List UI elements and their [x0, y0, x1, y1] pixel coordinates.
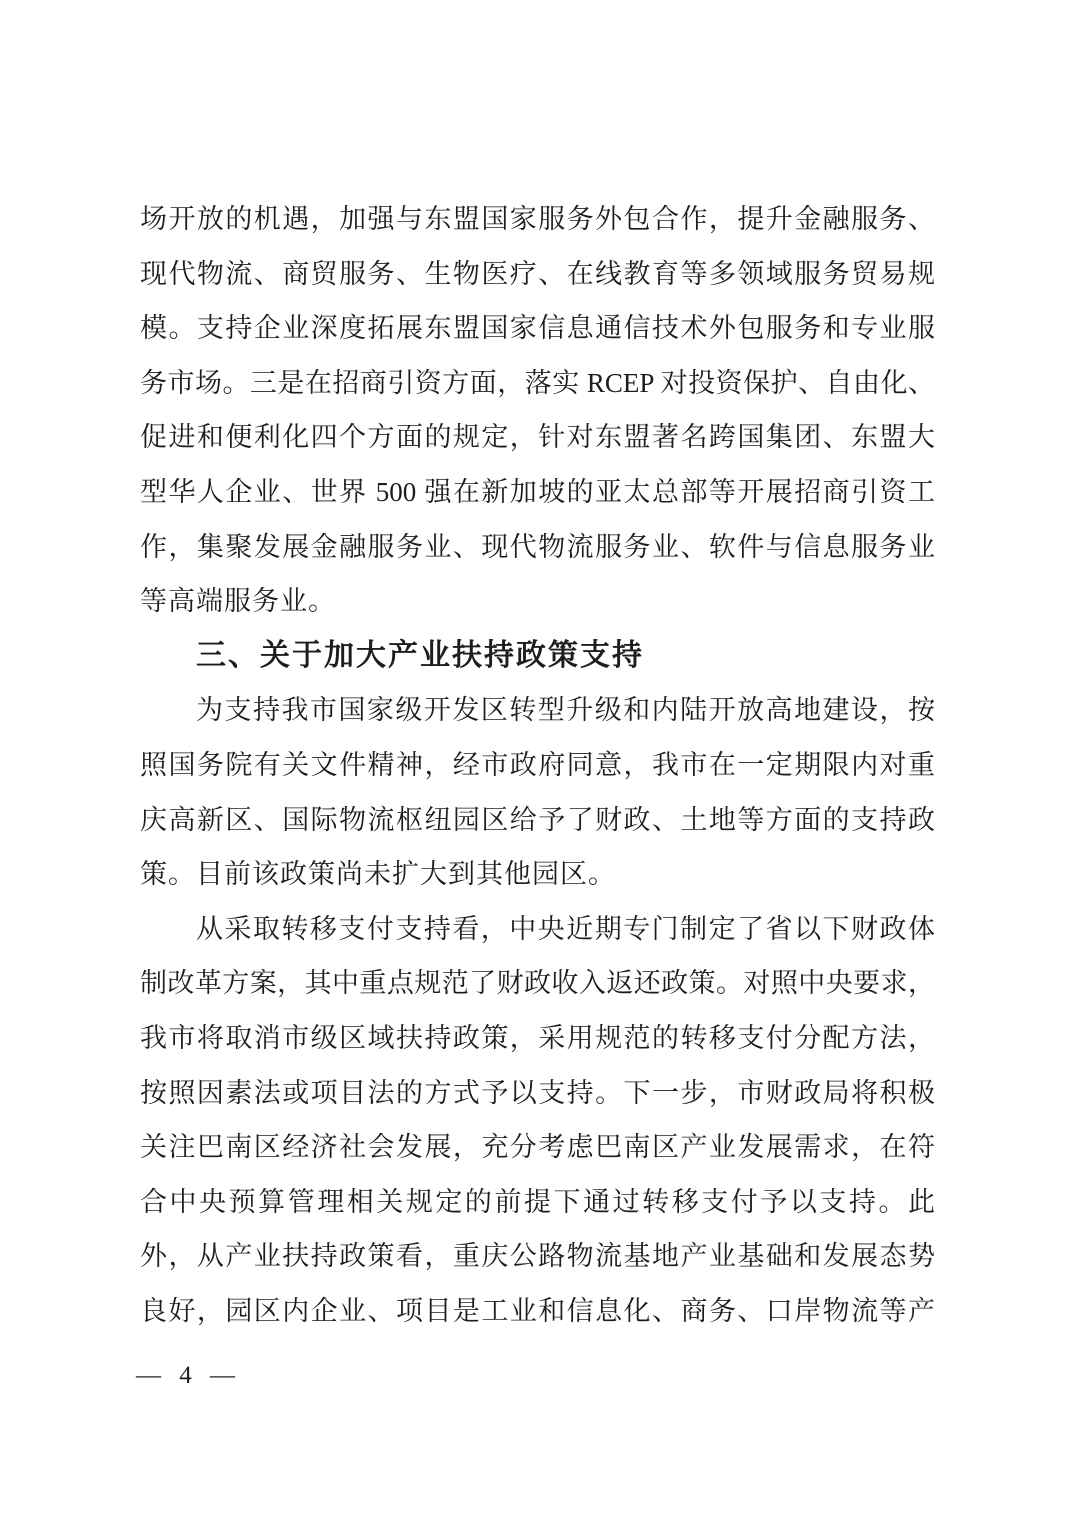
text-line: 作，集聚发展金融服务业、现代物流服务业、软件与信息服务业 — [140, 520, 935, 575]
text-line: 合中央预算管理相关规定的前提下通过转移支付予以支持。此 — [140, 1175, 935, 1230]
text-line: 促进和便利化四个方面的规定，针对东盟著名跨国集团、东盟大 — [140, 410, 935, 465]
text-line: 关注巴南区经济社会发展，充分考虑巴南区产业发展需求，在符 — [140, 1120, 935, 1175]
text-line: 策。目前该政策尚未扩大到其他园区。 — [140, 847, 935, 902]
text-line: 按照因素法或项目法的方式予以支持。下一步，市财政局将积极 — [140, 1066, 935, 1121]
text-line: 务市场。三是在招商引资方面，落实 RCEP 对投资保护、自由化、 — [140, 356, 935, 411]
text-line: 场开放的机遇，加强与东盟国家服务外包合作，提升金融服务、 — [140, 192, 935, 247]
text-line: 等高端服务业。 — [140, 574, 935, 629]
document-lines: 场开放的机遇，加强与东盟国家服务外包合作，提升金融服务、现代物流、商贸服务、生物… — [140, 192, 935, 1338]
document-page: 场开放的机遇，加强与东盟国家服务外包合作，提升金融服务、现代物流、商贸服务、生物… — [0, 0, 1074, 1520]
text-line: 模。支持企业深度拓展东盟国家信息通信技术外包服务和专业服 — [140, 301, 935, 356]
page-number: — 4 — — [136, 1362, 241, 1389]
text-line: 型华人企业、世界 500 强在新加坡的亚太总部等开展招商引资工 — [140, 465, 935, 520]
text-line: 良好，园区内企业、项目是工业和信息化、商务、口岸物流等产 — [140, 1284, 935, 1339]
section-heading: 三、关于加大产业扶持政策支持 — [140, 629, 935, 684]
text-line: 制改革方案，其中重点规范了财政收入返还政策。对照中央要求， — [140, 956, 935, 1011]
text-line: 现代物流、商贸服务、生物医疗、在线教育等多领域服务贸易规 — [140, 247, 935, 302]
text-line: 庆高新区、国际物流枢纽园区给予了财政、土地等方面的支持政 — [140, 793, 935, 848]
text-line: 我市将取消市级区域扶持政策，采用规范的转移支付分配方法， — [140, 1011, 935, 1066]
text-line: 从采取转移支付支持看，中央近期专门制定了省以下财政体 — [140, 902, 935, 957]
text-line: 外，从产业扶持政策看，重庆公路物流基地产业基础和发展态势 — [140, 1229, 935, 1284]
page-footer: — 4 — — [136, 1362, 241, 1390]
text-line: 为支持我市国家级开发区转型升级和内陆开放高地建设，按 — [140, 683, 935, 738]
text-line: 照国务院有关文件精神，经市政府同意，我市在一定期限内对重 — [140, 738, 935, 793]
